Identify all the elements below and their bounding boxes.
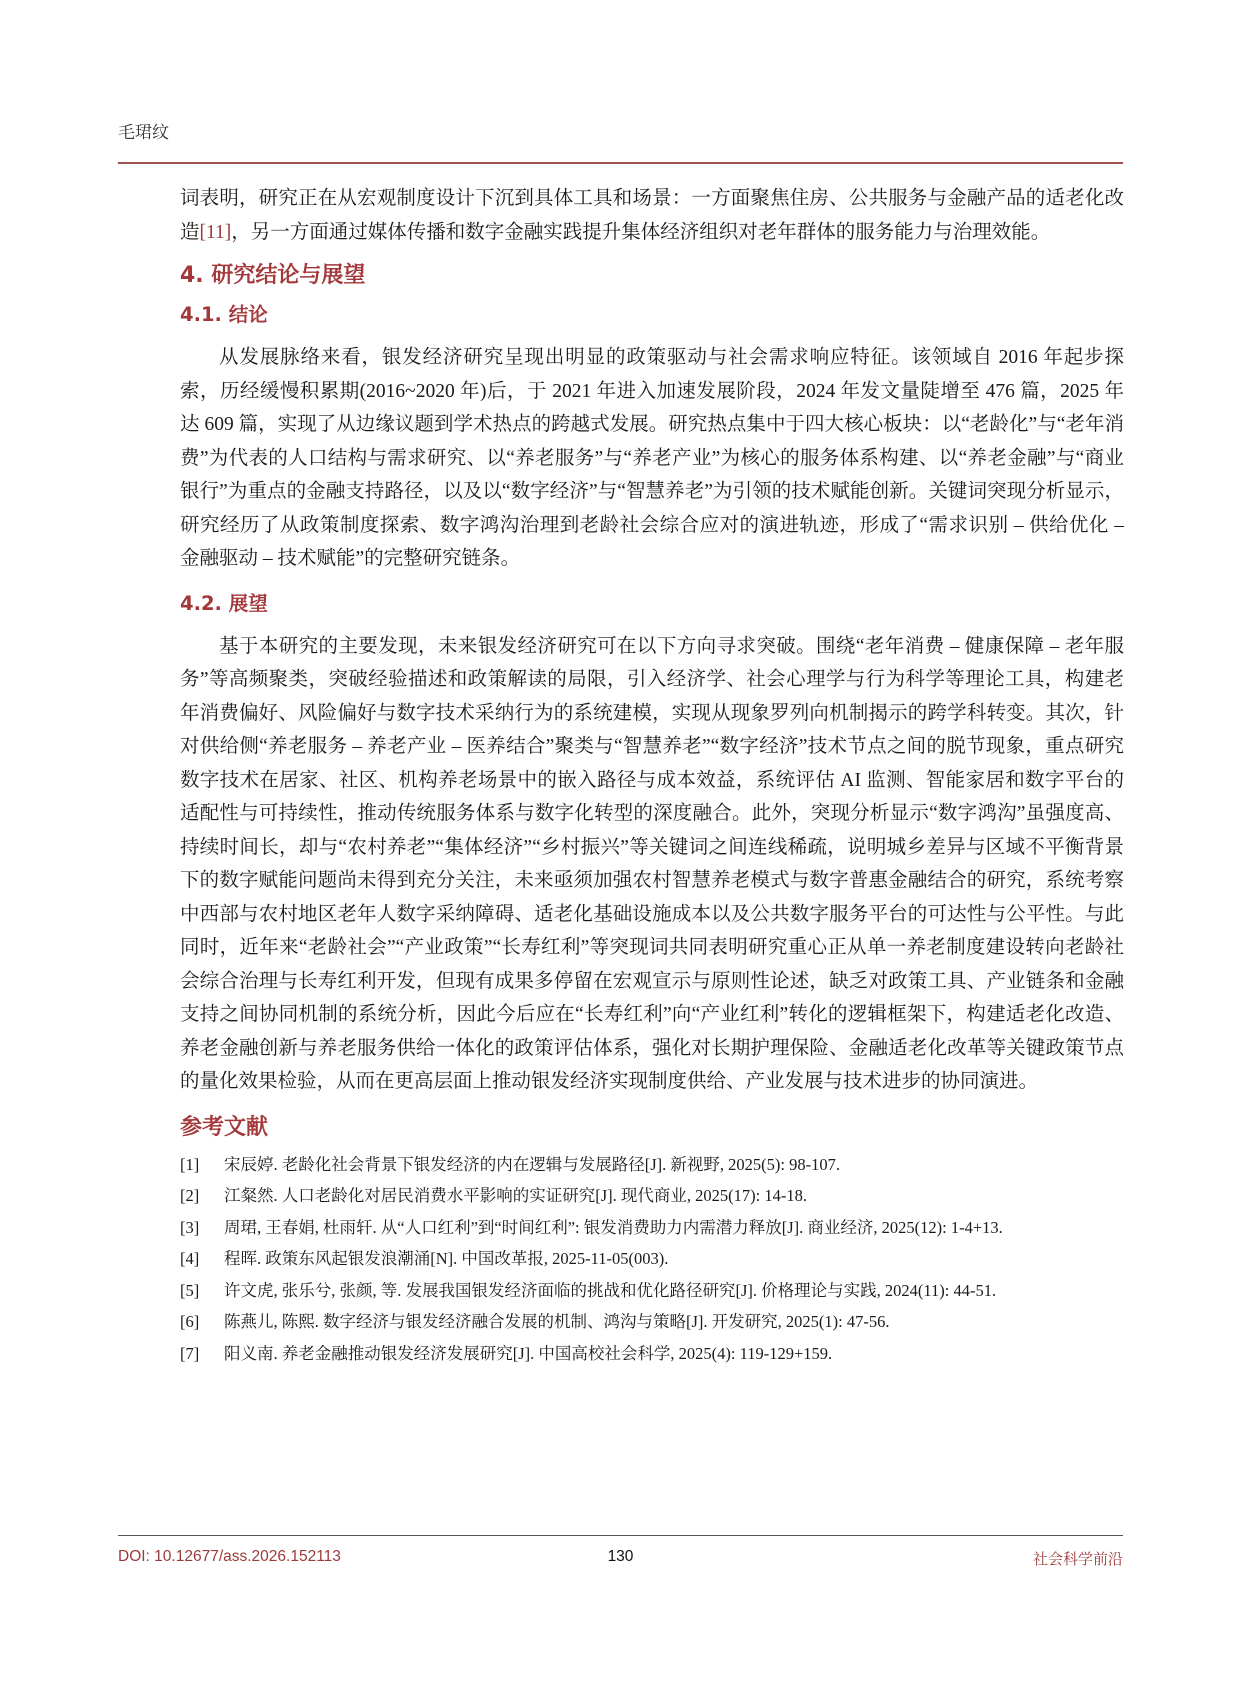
reference-item: [7]阳义南. 养老金融推动银发经济发展研究[J]. 中国高校社会科学, 202…: [180, 1342, 1124, 1366]
reference-number: [6]: [180, 1310, 224, 1334]
reference-text: 陈燕儿, 陈熙. 数字经济与银发经济融合发展的机制、鸿沟与策略[J]. 开发研究…: [224, 1310, 1124, 1334]
section-heading-4: 4. 研究结论与展望: [180, 261, 1124, 291]
reference-item: [6]陈燕儿, 陈熙. 数字经济与银发经济融合发展的机制、鸿沟与策略[J]. 开…: [180, 1310, 1124, 1334]
reference-number: [2]: [180, 1184, 224, 1208]
page-body: 词表明，研究正在从宏观制度设计下沉到具体工具和场景：一方面聚焦住房、公共服务与金…: [180, 182, 1124, 1373]
reference-number: [1]: [180, 1153, 224, 1177]
reference-list: [1]宋辰婷. 老龄化社会背景下银发经济的内在逻辑与发展路径[J]. 新视野, …: [180, 1153, 1124, 1366]
reference-text: 宋辰婷. 老龄化社会背景下银发经济的内在逻辑与发展路径[J]. 新视野, 202…: [224, 1153, 1124, 1177]
references-heading: 参考文献: [180, 1113, 1124, 1143]
reference-number: [3]: [180, 1216, 224, 1240]
reference-text: 程晖. 政策东风起银发浪潮涌[N]. 中国改革报, 2025-11-05(003…: [224, 1247, 1124, 1271]
reference-item: [3]周珺, 王春娟, 杜雨轩. 从“人口红利”到“时间红利”: 银发消费助力内…: [180, 1216, 1124, 1240]
subsection-heading-4-2: 4.2. 展望: [180, 590, 1124, 618]
reference-item: [1]宋辰婷. 老龄化社会背景下银发经济的内在逻辑与发展路径[J]. 新视野, …: [180, 1153, 1124, 1177]
running-header-author: 毛珺纹: [118, 118, 169, 143]
reference-text: 江粲然. 人口老龄化对居民消费水平影响的实证研究[J]. 现代商业, 2025(…: [224, 1184, 1124, 1208]
header-divider: [118, 162, 1123, 164]
footer-divider: [118, 1535, 1123, 1536]
reference-number: [5]: [180, 1279, 224, 1303]
page-number: 130: [118, 1548, 1123, 1566]
reference-number: [7]: [180, 1342, 224, 1366]
outlook-paragraph: 基于本研究的主要发现，未来银发经济研究可在以下方向寻求突破。围绕“老年消费 – …: [180, 630, 1124, 1099]
intro-paragraph: 词表明，研究正在从宏观制度设计下沉到具体工具和场景：一方面聚焦住房、公共服务与金…: [180, 182, 1124, 249]
reference-item: [4]程晖. 政策东风起银发浪潮涌[N]. 中国改革报, 2025-11-05(…: [180, 1247, 1124, 1271]
citation-link-11[interactable]: [11]: [200, 222, 232, 243]
subsection-heading-4-1: 4.1. 结论: [180, 301, 1124, 329]
reference-number: [4]: [180, 1247, 224, 1271]
reference-item: [2]江粲然. 人口老龄化对居民消费水平影响的实证研究[J]. 现代商业, 20…: [180, 1184, 1124, 1208]
reference-text: 周珺, 王春娟, 杜雨轩. 从“人口红利”到“时间红利”: 银发消费助力内需潜力…: [224, 1216, 1124, 1240]
reference-text: 许文虎, 张乐兮, 张颜, 等. 发展我国银发经济面临的挑战和优化路径研究[J]…: [224, 1279, 1124, 1303]
page-footer: DOI: 10.12677/ass.2026.152113 130 社会科学前沿: [118, 1548, 1123, 1572]
reference-item: [5]许文虎, 张乐兮, 张颜, 等. 发展我国银发经济面临的挑战和优化路径研究…: [180, 1279, 1124, 1303]
reference-text: 阳义南. 养老金融推动银发经济发展研究[J]. 中国高校社会科学, 2025(4…: [224, 1342, 1124, 1366]
journal-name: 社会科学前沿: [1033, 1548, 1123, 1569]
intro-text-part2: ，另一方面通过媒体传播和数字金融实践提升集体经济组织对老年群体的服务能力与治理效…: [231, 222, 1050, 243]
conclusion-paragraph: 从发展脉络来看，银发经济研究呈现出明显的政策驱动与社会需求响应特征。该领域自 2…: [180, 341, 1124, 576]
